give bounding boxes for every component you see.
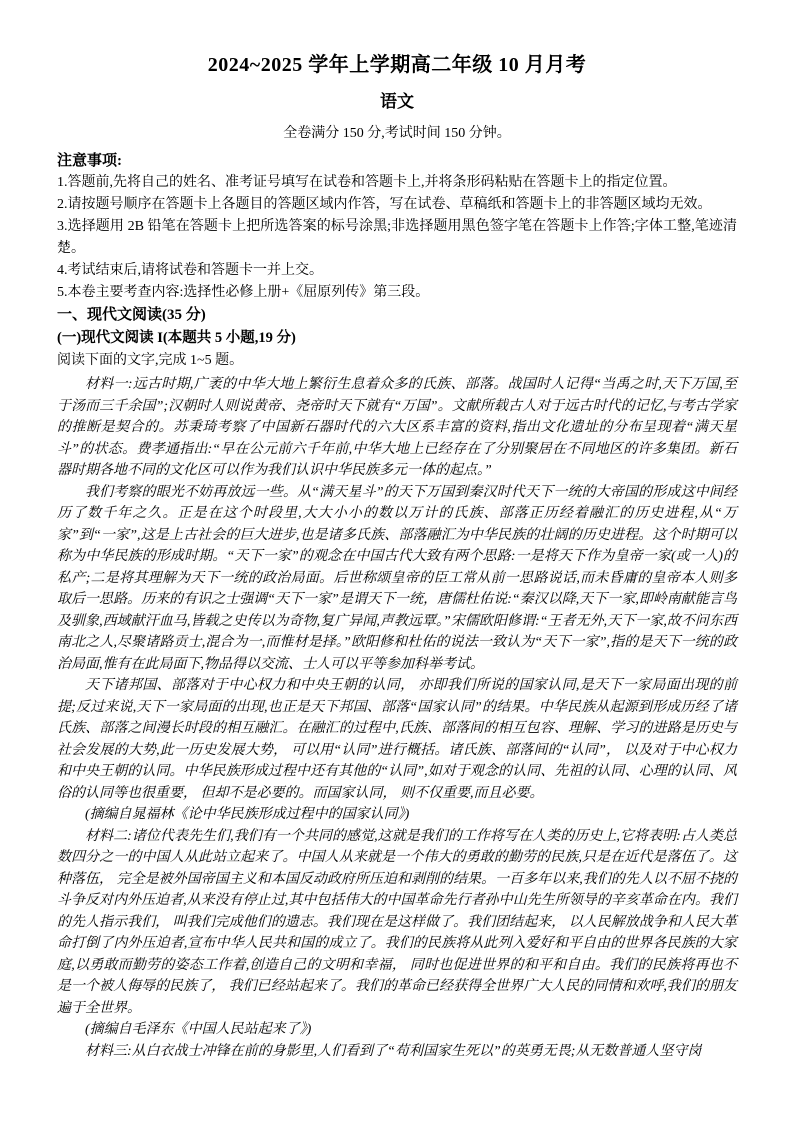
reading-passage: 材料一:远古时期,广袤的中华大地上繁衍生息着众多的氏族、部落。战国时人记得“当禹…: [57, 374, 737, 1062]
material3-paragraph-1: 材料三:从白衣战士冲锋在前的身影里,人们看到了“苟利国家生死以”的英勇无畏;从无…: [57, 1041, 737, 1063]
material1-paragraph-2: 我们考察的眼光不妨再放远一些。从“满天星斗”的天下万国到秦汉时代天下一统的大帝国…: [57, 482, 737, 676]
exam-subject: 语文: [57, 87, 737, 112]
subsection-heading-reading-1: (一)现代文阅读 I(本题共 5 小题,19 分): [57, 327, 737, 350]
material1-paragraph-1: 材料一:远古时期,广袤的中华大地上繁衍生息着众多的氏族、部落。战国时人记得“当禹…: [57, 374, 737, 482]
reading-instruction: 阅读下面的文字,完成 1~5 题。: [57, 350, 737, 372]
exam-paper-page: 2024~2025 学年上学期高二年级 10 月月考 语文 全卷满分 150 分…: [0, 0, 794, 1123]
notice-item-3: 3.选择题用 2B 铅笔在答题卡上把所选答案的标号涂黑;非选择题用黑色签字笔在答…: [57, 216, 737, 260]
section-heading-modern-reading: 一、现代文阅读(35 分): [57, 304, 737, 327]
material2-paragraph-1: 材料二:诸位代表先生们,我们有一个共同的感觉,这就是我们的工作将写在人类的历史上…: [57, 826, 737, 1020]
exam-title: 2024~2025 学年上学期高二年级 10 月月考: [57, 48, 737, 77]
notice-item-1: 1.答题前,先将自己的姓名、准考证号填写在试卷和答题卡上,并将条形码粘贴在答题卡…: [57, 172, 737, 194]
notice-heading: 注意事项:: [57, 150, 737, 172]
material1-paragraph-3: 天下诸邦国、部落对于中心权力和中央王朝的认同， 亦即我们所说的国家认同,是天下一…: [57, 675, 737, 804]
notice-item-2: 2.请按题号顺序在答题卡上各题目的答题区域内作答，写在试卷、草稿纸和答题卡上的非…: [57, 194, 737, 216]
material1-attribution: (摘编自晁福林《论中华民族形成过程中的国家认同》): [57, 804, 737, 826]
notice-section: 注意事项: 1.答题前,先将自己的姓名、准考证号填写在试卷和答题卡上,并将条形码…: [57, 150, 737, 304]
notice-item-5: 5.本卷主要考查内容:选择性必修上册+《屈原列传》第三段。: [57, 282, 737, 304]
material2-attribution: (摘编自毛泽东《中国人民站起来了》): [57, 1019, 737, 1041]
notice-item-4: 4.考试结束后,请将试卷和答题卡一并上交。: [57, 260, 737, 282]
exam-info: 全卷满分 150 分,考试时间 150 分钟。: [57, 122, 737, 142]
